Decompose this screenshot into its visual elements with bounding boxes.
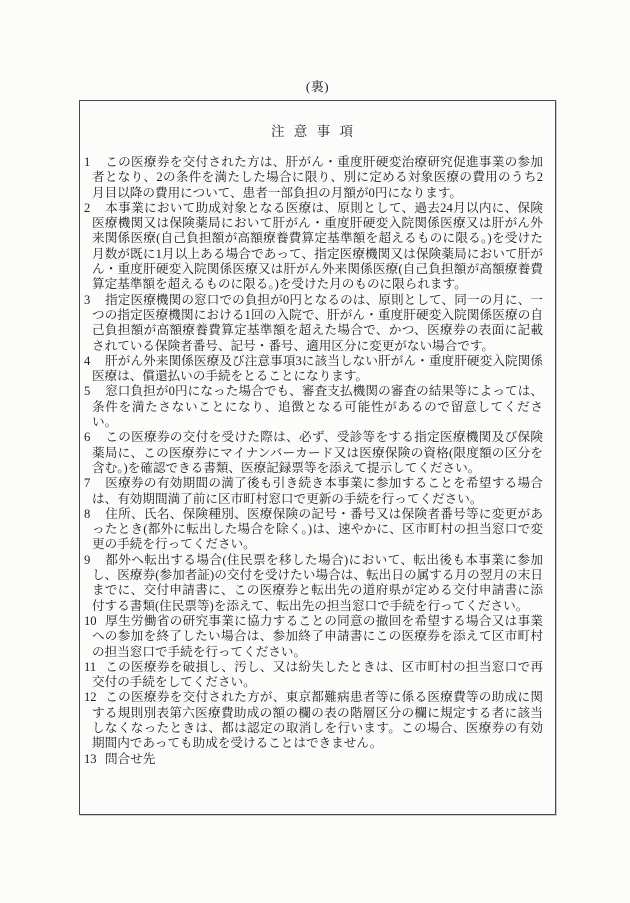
item-text: 肝がん外来関係医療及び注意事項3に該当しない肝がん・重度肝硬変入院関係医療は、償… bbox=[92, 354, 543, 383]
notice-item: 3指定医療機関の窓口での負担が0円となるのは、原則として、同一の月に、一つの指定… bbox=[84, 293, 543, 354]
notice-item: 11この医療券を破損し、汚し、又は紛失したときは、区市町村の担当窓口で再交付の手… bbox=[84, 660, 543, 691]
item-text: この医療券を交付された方は、肝がん・重度肝硬変治療研究促進事業の参加者となり、2… bbox=[92, 155, 543, 200]
notice-item: 9都外へ転出する場合(住民票を移した場合)において、転出後も本事業に参加し、医療… bbox=[84, 553, 543, 614]
notice-item: 5窓口負担が0円になった場合でも、審査支払機関の審査の結果等によっては、条件を満… bbox=[84, 384, 543, 430]
item-text: この医療券の交付を受けた際は、必ず、受診等をする指定医療機関及び保険薬局に、この… bbox=[92, 430, 543, 475]
item-text: 本事業において助成対象となる医療は、原則として、過去24月以内に、保険医療機関又… bbox=[92, 201, 543, 291]
notice-item-list: 1この医療券を交付された方は、肝がん・重度肝硬変治療研究促進事業の参加者となり、… bbox=[84, 155, 543, 767]
notice-title: 注 意 事 項 bbox=[84, 120, 543, 140]
item-text: 指定医療機関の窓口での負担が0円となるのは、原則として、同一の月に、一つの指定医… bbox=[92, 293, 543, 353]
item-number: 9 bbox=[84, 553, 105, 568]
notice-item: 1この医療券を交付された方は、肝がん・重度肝硬変治療研究促進事業の参加者となり、… bbox=[84, 155, 543, 201]
item-text: この医療券を交付された方が、東京都難病患者等に係る医療費等の助成に関する規則別表… bbox=[92, 690, 543, 750]
item-number: 8 bbox=[84, 507, 105, 522]
item-number: 2 bbox=[84, 201, 105, 216]
item-number: 11 bbox=[84, 660, 105, 675]
item-text: 問合せ先 bbox=[105, 752, 155, 766]
notice-item: 2本事業において助成対象となる医療は、原則として、過去24月以内に、保険医療機関… bbox=[84, 201, 543, 293]
notice-item: 13問合せ先 bbox=[84, 752, 543, 767]
item-number: 10 bbox=[84, 614, 105, 629]
notice-item: 10厚生労働省の研究事業に協力することの同意の撤回を希望する場合又は事業への参加… bbox=[84, 614, 543, 660]
notice-item: 7医療券の有効期間の満了後も引き続き本事業に参加することを希望する場合は、有効期… bbox=[84, 476, 543, 507]
item-text: 医療券の有効期間の満了後も引き続き本事業に参加することを希望する場合は、有効期間… bbox=[92, 476, 543, 505]
notice-item: 12この医療券を交付された方が、東京都難病患者等に係る医療費等の助成に関する規則… bbox=[84, 690, 543, 751]
item-text: 窓口負担が0円になった場合でも、審査支払機関の審査の結果等によっては、条件を満た… bbox=[92, 384, 543, 429]
item-number: 6 bbox=[84, 430, 105, 445]
item-number: 12 bbox=[84, 690, 105, 705]
item-text: 都外へ転出する場合(住民票を移した場合)において、転出後も本事業に参加し、医療券… bbox=[92, 553, 543, 613]
item-number: 13 bbox=[84, 752, 105, 767]
item-number: 1 bbox=[84, 155, 105, 170]
page-side-label: (裏) bbox=[79, 76, 556, 95]
notice-item: 6この医療券の交付を受けた際は、必ず、受診等をする指定医療機関及び保険薬局に、こ… bbox=[84, 430, 543, 476]
item-number: 5 bbox=[84, 384, 105, 399]
notice-item: 4肝がん外来関係医療及び注意事項3に該当しない肝がん・重度肝硬変入院関係医療は、… bbox=[84, 354, 543, 385]
item-text: 厚生労働省の研究事業に協力することの同意の撤回を希望する場合又は事業への参加を終… bbox=[92, 614, 543, 659]
item-text: この医療券を破損し、汚し、又は紛失したときは、区市町村の担当窓口で再交付の手続を… bbox=[92, 660, 543, 689]
document-page: { "page": { "side_label": "(裏)" }, "noti… bbox=[0, 0, 630, 903]
item-text: 住所、氏名、保険種別、医療保険の記号・番号又は保険者番号等に変更があったとき(都… bbox=[92, 507, 543, 552]
notice-box: 注 意 事 項 1この医療券を交付された方は、肝がん・重度肝硬変治療研究促進事業… bbox=[79, 100, 556, 815]
notice-item: 8住所、氏名、保険種別、医療保険の記号・番号又は保険者番号等に変更があったとき(… bbox=[84, 507, 543, 553]
item-number: 4 bbox=[84, 354, 105, 369]
item-number: 3 bbox=[84, 293, 105, 308]
item-number: 7 bbox=[84, 476, 105, 491]
